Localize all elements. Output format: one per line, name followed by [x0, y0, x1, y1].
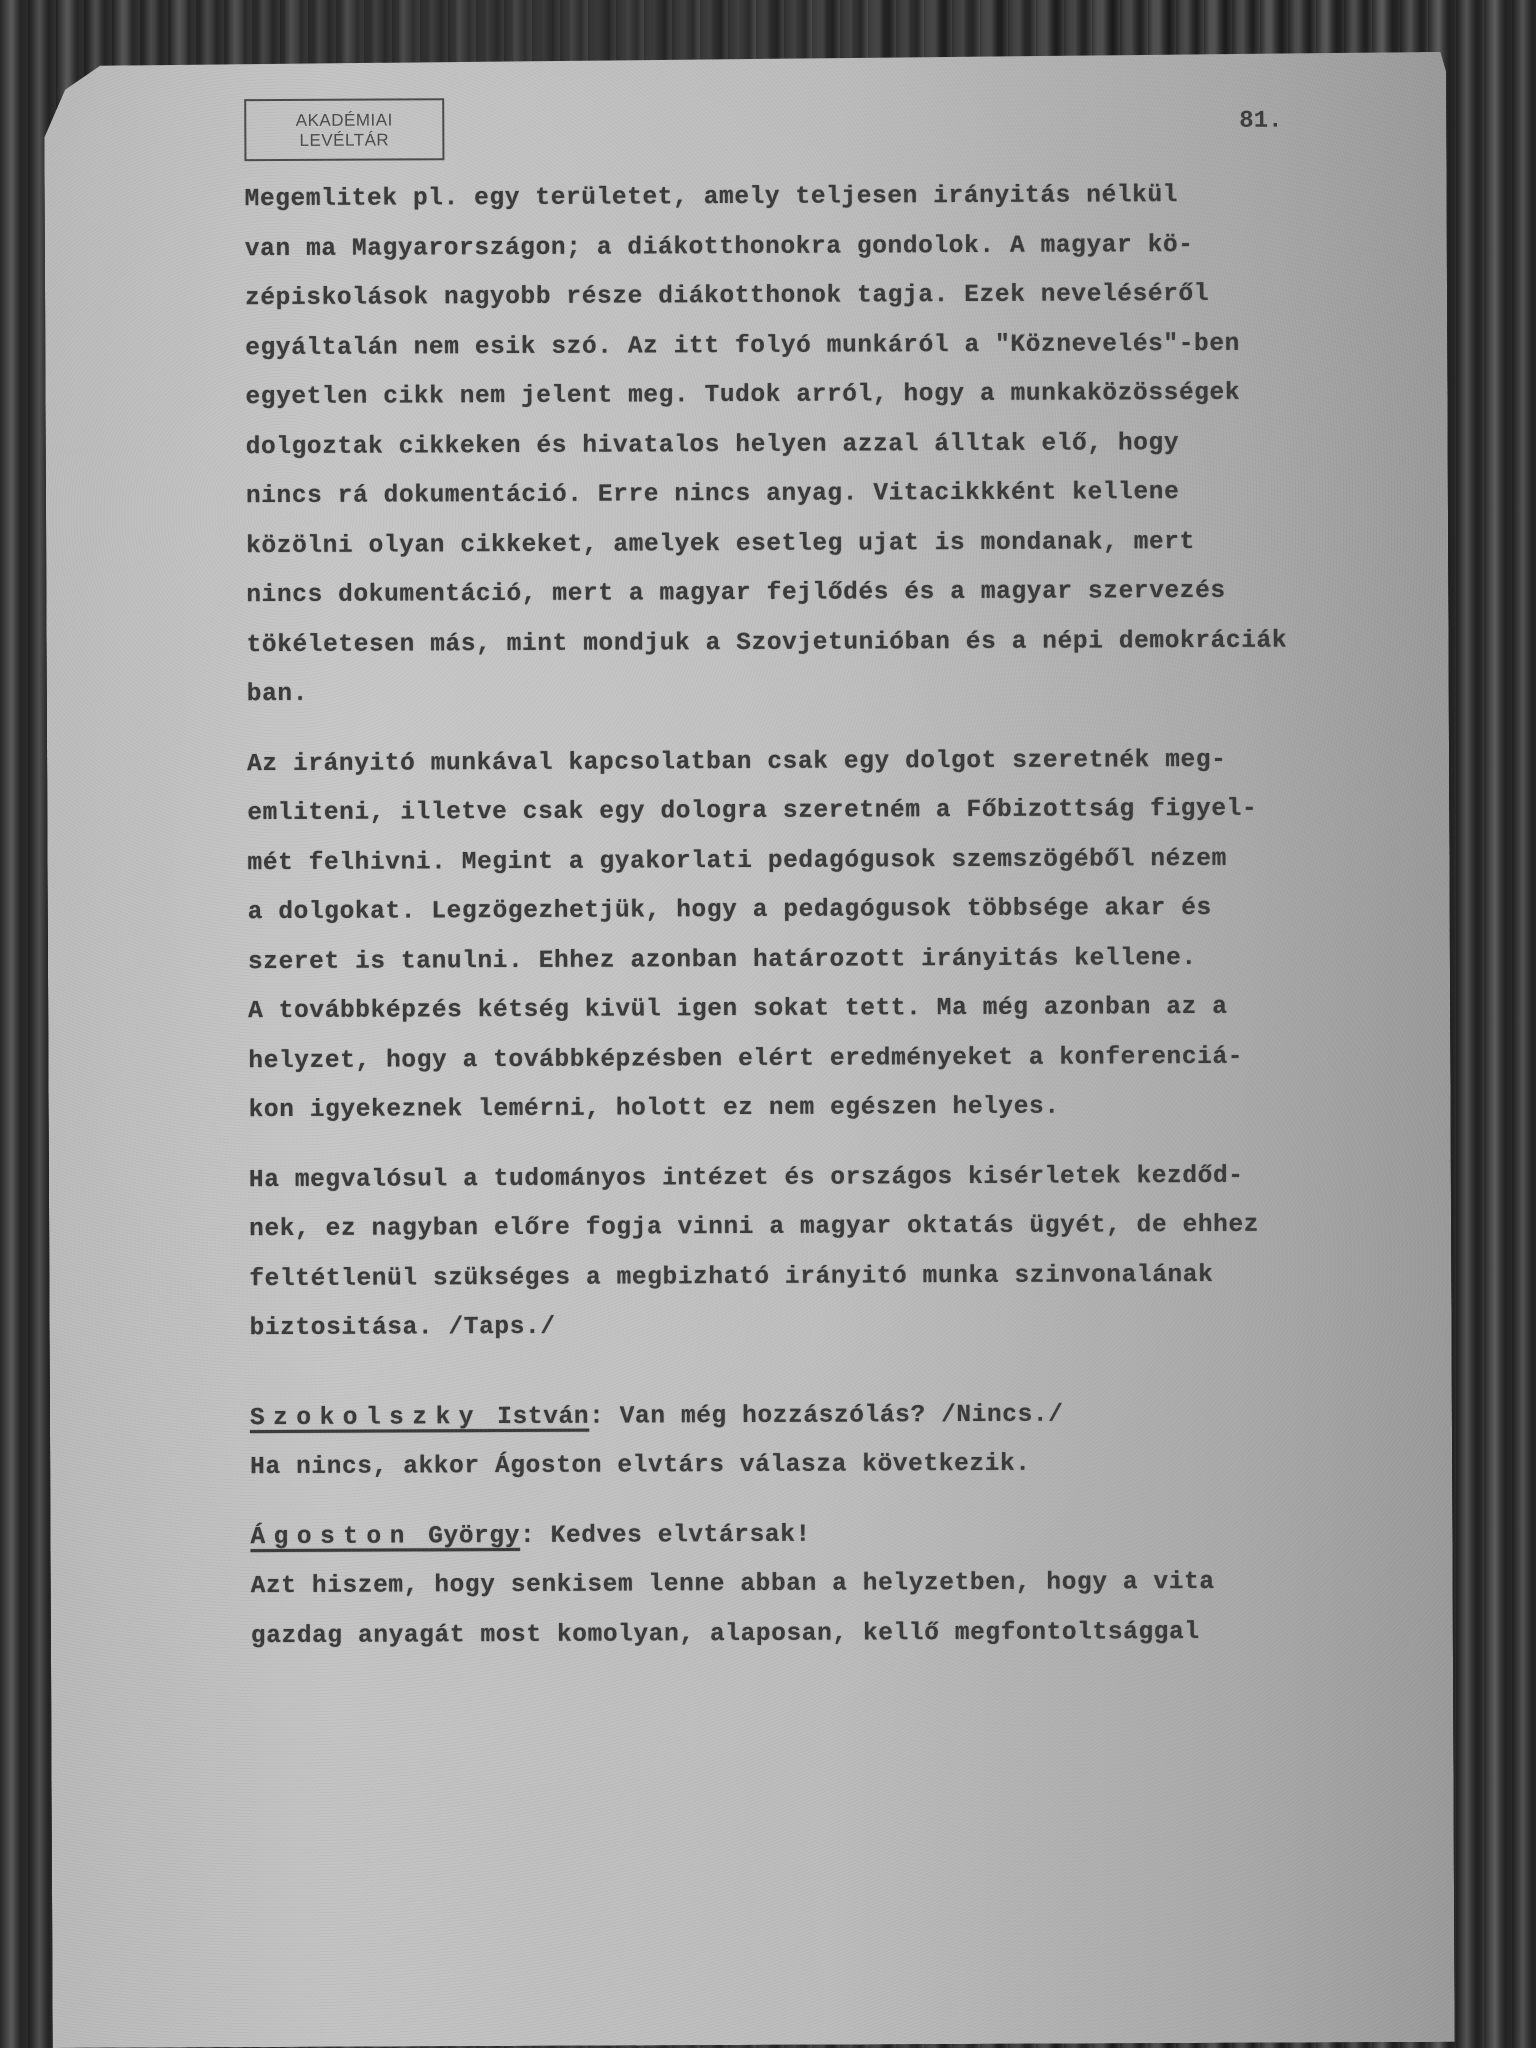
- document-page: AKADÉMIAI LEVÉLTÁR 81. Megemlitek pl. eg…: [44, 52, 1455, 2048]
- text-line: nincs dokumentáció, mert a magyar fejlőd…: [246, 566, 1461, 621]
- exchange-szokolszky: Szokolszky István: Van még hozzászólás? …: [250, 1388, 1465, 1492]
- text-line: van ma Magyarországon; a diákotthonokra …: [245, 219, 1460, 274]
- speaker-separator: :: [520, 1522, 535, 1549]
- text-line: szeret is tanulni. Ehhez azonban határoz…: [248, 932, 1463, 987]
- speaker-line: Szokolszky István: Van még hozzászólás? …: [250, 1388, 1465, 1443]
- utterance: Kedves elvtársak!: [535, 1521, 811, 1549]
- paragraph-2: Az irányitó munkával kapcsolatban csak e…: [247, 734, 1464, 1135]
- paragraph-3: Ha megvalósul a tudományos intézet és or…: [249, 1150, 1465, 1353]
- text-line: ban.: [247, 665, 1462, 720]
- text-line: kon igyekeznek lemérni, holott ez nem eg…: [248, 1081, 1463, 1136]
- text-line: nincs rá dokumentáció. Erre nincs anyag.…: [246, 467, 1461, 522]
- text-line: Az irányitó munkával kapcsolatban csak e…: [247, 734, 1462, 789]
- stamp-line-1: AKADÉMIAI: [246, 110, 442, 131]
- paragraph-1: Megemlitek pl. egy területet, amely telj…: [245, 170, 1462, 720]
- text-line: zépiskolások nagyobb része diákotthonok …: [245, 269, 1460, 324]
- text-line: egyáltalán nem esik szó. Az itt folyó mu…: [245, 318, 1460, 373]
- text-line: emliteni, illetve csak egy dologra szere…: [247, 784, 1462, 839]
- speaker-given-name: György: [413, 1522, 520, 1549]
- text-line: Ha megvalósul a tudományos intézet és or…: [249, 1150, 1464, 1205]
- page-number: 81.: [1239, 108, 1282, 135]
- text-line: dolgoztak cikkeken és hivatalos helyen a…: [246, 417, 1461, 472]
- text-line: biztositása. /Taps./: [249, 1299, 1464, 1354]
- text-line: közölni olyan cikkeket, amelyek esetleg …: [246, 516, 1461, 571]
- stamp-line-2: LEVÉLTÁR: [246, 130, 442, 151]
- text-line: A továbbképzés kétség kivül igen sokat t…: [248, 982, 1463, 1037]
- text-line: a dolgokat. Legzögezhetjük, hogy a pedag…: [248, 883, 1463, 938]
- text-line: tökéletesen más, mint mondjuk a Szovjetu…: [246, 615, 1461, 670]
- utterance: Van még hozzászólás? /Nincs./: [604, 1401, 1063, 1430]
- exchange-agoston: Ágoston György: Kedves elvtársak! Azt hi…: [250, 1507, 1466, 1661]
- text-line: feltétlenül szükséges a megbizható irány…: [249, 1249, 1464, 1304]
- text-line: Azt hiszem, hogy senkisem lenne abban a …: [251, 1557, 1466, 1612]
- speaker-surname: Szokolszky: [250, 1404, 482, 1432]
- paragraph-gap: [250, 1348, 1465, 1393]
- speaker-surname: Ágoston: [250, 1523, 413, 1551]
- text-line: helyzet, hogy a továbbképzésben elért er…: [248, 1031, 1463, 1086]
- typewritten-body: Megemlitek pl. egy területet, amely telj…: [245, 170, 1466, 1661]
- archive-stamp: AKADÉMIAI LEVÉLTÁR: [244, 98, 444, 161]
- speaker-given-name: István: [482, 1403, 589, 1430]
- speaker-line: Ágoston György: Kedves elvtársak!: [250, 1507, 1465, 1562]
- text-line: Ha nincs, akkor Ágoston elvtárs válasza …: [250, 1438, 1465, 1493]
- text-line: gazdag anyagát most komolyan, alaposan, …: [251, 1606, 1466, 1661]
- text-line: egyetlen cikk nem jelent meg. Tudok arró…: [245, 368, 1460, 423]
- text-line: mét felhivni. Megint a gyakorlati pedagó…: [247, 833, 1462, 888]
- text-line: Megemlitek pl. egy területet, amely telj…: [245, 170, 1460, 225]
- text-line: nek, ez nagyban előre fogja vinni a magy…: [249, 1200, 1464, 1255]
- speaker-separator: :: [589, 1403, 604, 1430]
